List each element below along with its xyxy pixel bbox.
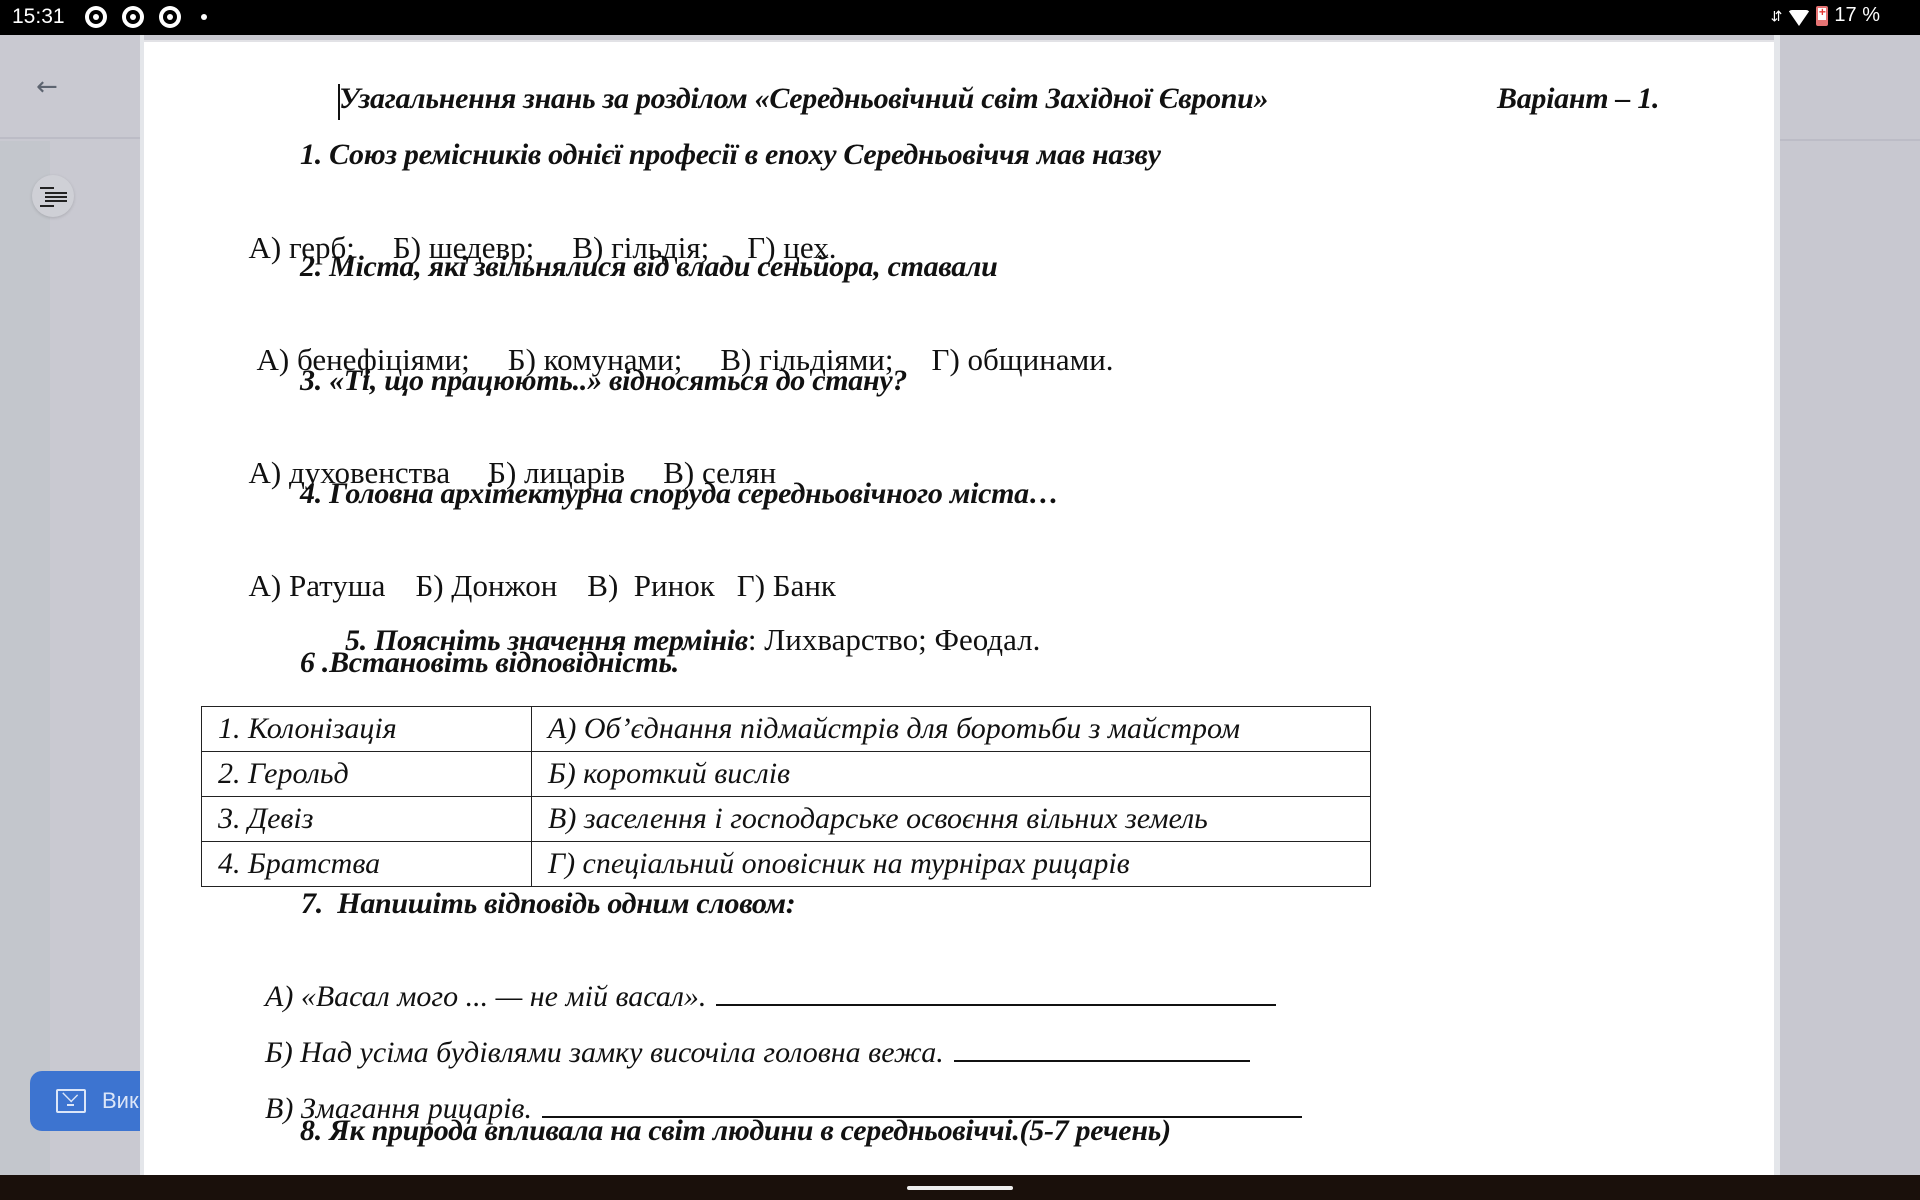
status-bar: 15:31 ⇵ 17 % xyxy=(0,0,1920,35)
question-2: 2. Міста, які звільнялися від влади сень… xyxy=(300,250,997,284)
question-3: 3. «Ті, що працюють..» відносяться до ст… xyxy=(300,364,907,398)
left-strip xyxy=(0,141,50,1175)
table-row: 4. БратстваГ) спеціальний оповісник на т… xyxy=(202,842,1371,887)
right-panel xyxy=(1780,35,1920,1175)
definition-cell: Г) спеціальний оповісник на турнірах риц… xyxy=(532,842,1371,887)
table-row: 2. ГерольдБ) короткий вислів xyxy=(202,752,1371,797)
table-row: 3. ДевізВ) заселення і господарське осво… xyxy=(202,797,1371,842)
question-1: 1. Союз ремісників однієї професії в епо… xyxy=(300,138,1161,172)
document-page[interactable]: Узагальнення знань за розділом «Середньо… xyxy=(144,40,1774,1175)
page-edge xyxy=(1774,35,1780,1175)
data-arrows-icon: ⇵ xyxy=(1771,9,1783,23)
option: Г) общинами. xyxy=(932,342,1114,377)
question-4: 4. Головна архітектурна споруда середньо… xyxy=(300,477,1059,511)
question-6: 6 .Встановіть відповідність. xyxy=(300,646,679,680)
send-button[interactable]: Вик xyxy=(30,1071,140,1131)
left-panel: ← xyxy=(0,35,140,1175)
chrome-icon xyxy=(122,6,144,28)
term-cell: 1. Колонізація xyxy=(202,707,532,752)
outline-button[interactable] xyxy=(32,175,74,217)
table-row: 1. КолонізаціяА) Об’єднання підмайстрів … xyxy=(202,707,1371,752)
definition-cell: Б) короткий вислів xyxy=(532,752,1371,797)
match-table: 1. КолонізаціяА) Об’єднання підмайстрів … xyxy=(201,706,1371,887)
definition-cell: В) заселення і господарське освоєння віл… xyxy=(532,797,1371,842)
chrome-icon xyxy=(159,6,181,28)
notification-dot-icon xyxy=(201,14,207,20)
document-content: Узагальнення знань за розділом «Середньо… xyxy=(144,42,1774,1175)
term-cell: 4. Братства xyxy=(202,842,532,887)
term-cell: 3. Девіз xyxy=(202,797,532,842)
arrow-left-icon: ← xyxy=(36,72,58,102)
battery-percent: 17 % xyxy=(1834,4,1880,27)
variant-label: Варіант – 1. xyxy=(1497,82,1659,116)
back-button[interactable]: ← xyxy=(36,75,66,99)
left-header xyxy=(0,35,140,139)
question-1-options: А) герб;Б) шедевр;В) гільдія;Г) цех. xyxy=(202,194,874,302)
question-7: 7. Напишіть відповідь одним словом: xyxy=(301,887,795,921)
document-title: Узагальнення знань за розділом «Середньо… xyxy=(339,82,1268,116)
outline-list-icon xyxy=(40,187,54,189)
send-button-label: Вик xyxy=(102,1088,139,1114)
chrome-icon xyxy=(85,6,107,28)
home-gesture-handle[interactable] xyxy=(907,1186,1013,1190)
battery-low-icon xyxy=(1816,6,1828,26)
definition-cell: А) Об’єднання підмайстрів для боротьби з… xyxy=(532,707,1371,752)
term-cell: 2. Герольд xyxy=(202,752,532,797)
wifi-icon xyxy=(1788,10,1810,26)
clock: 15:31 xyxy=(12,5,65,29)
question-8: 8. Як природа впливала на світ людини в … xyxy=(300,1114,1171,1148)
mail-icon xyxy=(56,1089,86,1113)
